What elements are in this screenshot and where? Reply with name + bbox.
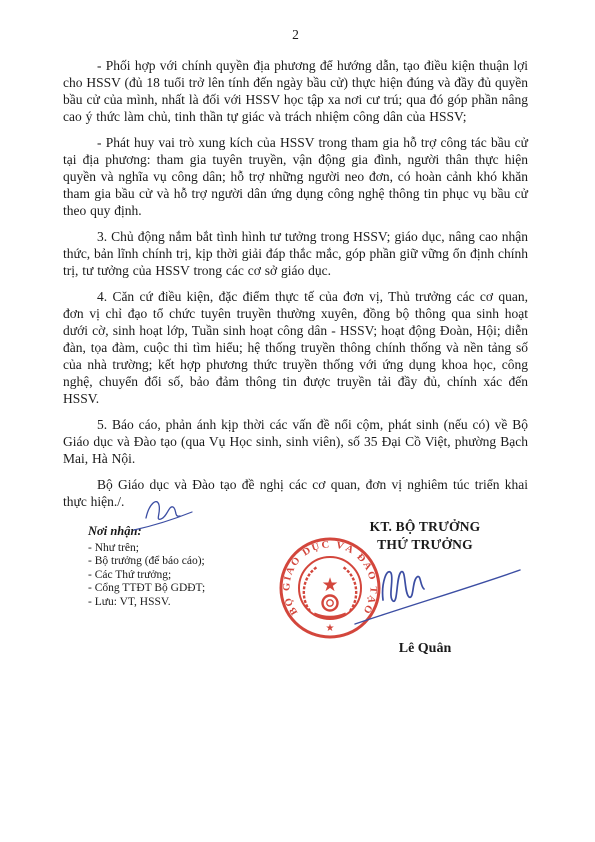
recipient-item: - Lưu: VT, HSSV. [88, 596, 278, 609]
recipient-item: - Bộ trưởng (để báo cáo); [88, 555, 278, 568]
recipients-block: Nơi nhận: - Như trên; - Bộ trưởng (để bá… [88, 524, 278, 609]
emblem-cog-hub [327, 600, 333, 606]
initials-underline [134, 512, 192, 530]
document-body: - Phối hợp với chính quyền địa phương để… [63, 57, 528, 519]
signature-ink [335, 555, 525, 635]
signature-loops [383, 572, 424, 602]
emblem-wreath-left [304, 567, 317, 611]
recipient-item: - Cổng TTĐT Bộ GDĐT; [88, 582, 278, 595]
document-page: 2 - Phối hợp với chính quyền địa phương … [0, 0, 595, 842]
paragraph: 5. Báo cáo, phản ánh kịp thời các vấn đề… [63, 416, 528, 467]
paragraph: 4. Căn cứ điều kiện, đặc điểm thực tế củ… [63, 288, 528, 407]
recipient-item: - Các Thứ trưởng; [88, 569, 278, 582]
initials-loops [146, 502, 180, 520]
paragraph: - Phát huy vai trò xung kích của HSSV tr… [63, 134, 528, 219]
initials-ink [128, 490, 198, 535]
seal-star-icon: ★ [326, 623, 335, 634]
signer-name: Lê Quân [300, 641, 550, 657]
paragraph: 3. Chủ động nắm bắt tình hình tư tưởng t… [63, 228, 528, 279]
signature-sweep-line [355, 570, 520, 624]
recipient-item: - Như trên; [88, 542, 278, 555]
paragraph: - Phối hợp với chính quyền địa phương để… [63, 57, 528, 125]
page-number: 2 [63, 27, 528, 43]
